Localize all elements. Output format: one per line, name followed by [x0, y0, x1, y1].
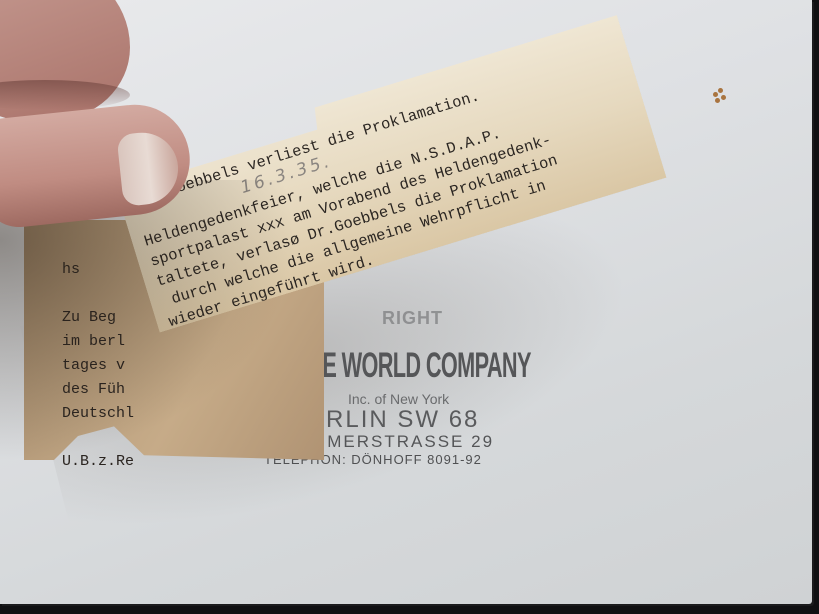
photograph: RIGHT WIDE WORLD COMPANY Inc. of New Yor…: [0, 0, 819, 614]
hand: [0, 0, 190, 270]
finger-crease: [0, 80, 130, 110]
stamp-inc-line: Inc. of New York: [348, 391, 449, 407]
stamp-copyright-line: RIGHT: [382, 308, 443, 329]
foxing-stain: [711, 88, 731, 104]
underlying-caption-text: hs Zu Beg im berl tages v des Füh Deutsc…: [62, 258, 134, 474]
